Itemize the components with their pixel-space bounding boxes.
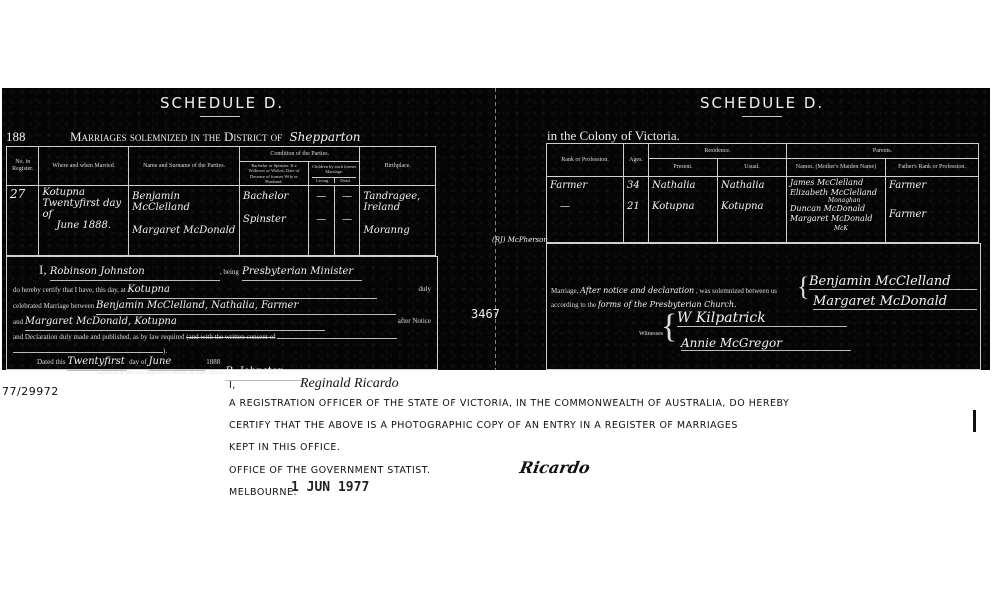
bride-condition: Spinster <box>243 214 305 225</box>
witness-2-signature: Annie McGregor <box>681 336 851 351</box>
after-notice-text: after Notice <box>398 313 431 330</box>
children-label: Children by each former Marriage. <box>312 164 357 174</box>
signature-label: Signature of Minister, Registrar-General… <box>97 370 224 376</box>
declaration-text: and Declaration duly made and published,… <box>13 333 184 341</box>
rank-cell: Farmer — <box>547 177 624 243</box>
marriage-date-line2: June 1888. <box>42 220 125 231</box>
col-dead: Dead. <box>335 178 357 183</box>
living-cell: — — <box>308 186 334 256</box>
groom-usual-residence: Nathalia <box>721 180 783 191</box>
col-birthplace: Birthplace. <box>360 147 436 186</box>
groom-condition: Bachelor <box>243 191 305 202</box>
col-rank: Rank or Profession. <box>547 144 624 177</box>
ornament-rule-right <box>742 116 782 117</box>
witness-1-signature: W Kilpatrick <box>677 310 847 327</box>
minister-title: Presbyterian Minister <box>242 263 362 281</box>
dated-label: Dated this <box>37 358 66 366</box>
table-row: Farmer — 34 21 Nathalia Kotupna Nathalia… <box>547 177 979 243</box>
cert-line-1: A REGISTRATION OFFICER OF THE STATE OF V… <box>229 398 789 409</box>
col-usual: Usual. <box>718 159 787 177</box>
minister-line: I, Robinson Johnston, being Presbyterian… <box>39 261 362 281</box>
gutter-annotation: (RJ) McPherson <box>492 236 548 244</box>
col-father-rank: Father's Rank or Profession. <box>886 159 979 177</box>
bride-usual-residence: Kotupna <box>721 201 783 212</box>
reference-number: 77/29972 <box>2 385 59 398</box>
ages-cell: 34 21 <box>624 177 649 243</box>
col-present: Present. <box>649 159 718 177</box>
struck-consent-text: (and with the written consent of <box>186 333 275 341</box>
colony-heading: in the Colony of Victoria. <box>547 128 680 144</box>
page-fold <box>495 88 496 370</box>
register-number: 27 <box>7 186 39 256</box>
groom-age: 34 <box>627 180 645 191</box>
certify-text: do hereby certify that I have, this day,… <box>13 286 126 294</box>
bride-children-dead: — <box>338 214 357 225</box>
col-where-when: Where and when Married. <box>39 147 129 186</box>
present-residence-cell: Nathalia Kotupna <box>649 177 718 243</box>
condition-cell: Bachelor Spinster <box>240 186 309 256</box>
marriage-date-line1: Twentyfirst day of <box>42 198 125 220</box>
marriage-label: Marriage, <box>551 287 578 295</box>
gutter-number: 3467 <box>471 307 500 321</box>
minister-name: Robinson Johnston <box>50 263 220 281</box>
and-label: and <box>13 318 23 326</box>
register-photocopy: SCHEDULE D. 188 Marriages solemnized in … <box>2 88 990 370</box>
date-stamp: 1 JUN 1977 <box>291 480 369 495</box>
bride-father: Duncan McDonald <box>790 204 882 214</box>
brace: { <box>797 274 809 300</box>
usual-residence-cell: Nathalia Kotupna <box>718 177 787 243</box>
bride-age: 21 <box>627 201 645 212</box>
birthplace-cell: Tandragee, Ireland Moranng <box>360 186 436 256</box>
table-row: 27 Kotupna Twentyfirst day of June 1888.… <box>7 186 436 256</box>
left-register-table: No. in Register. Where and when Married.… <box>6 146 436 256</box>
col-bachelor-spinster: Bachelor or Spinster. If a Widower or Wi… <box>240 162 309 186</box>
col-parent-names: Names. (Mother's Maiden Name) <box>787 159 886 177</box>
minister-certificate: I, Robinson Johnston, being Presbyterian… <box>6 256 438 370</box>
ornament-rule <box>200 116 240 117</box>
col-residence: Residence. <box>649 144 787 159</box>
city: MELBOURNE. <box>229 487 297 498</box>
duly-text: duly <box>419 281 431 298</box>
dead-cell: — — <box>334 186 360 256</box>
bride-children-living: — <box>312 214 331 225</box>
marriage-place: Kotupna <box>42 187 125 198</box>
groom-signature: Benjamin McClelland <box>809 274 977 290</box>
office-name: OFFICE OF THE GOVERNMENT STATIST. <box>229 465 431 476</box>
solemnized-text: , was solemnized between us <box>696 287 777 295</box>
being-label: , being <box>220 268 239 276</box>
parent-names-cell: James McClelland Elizabeth McClelland Mo… <box>787 177 886 243</box>
year-prefix: 188 <box>6 129 26 145</box>
registrar-signature: Ricardo <box>518 458 591 477</box>
left-schedule-title: SCHEDULE D. <box>160 94 284 112</box>
groom-children-dead: — <box>338 191 357 202</box>
officer-name: Reginald Ricardo <box>300 376 399 392</box>
minister-signature: R. Johnston <box>225 363 305 381</box>
notice-text: After notice and declaration <box>580 286 694 295</box>
col-children: Children by each former Marriage. Living… <box>308 162 360 186</box>
bride-mother: Margaret McDonald <box>790 214 882 224</box>
groom-present-residence: Nathalia <box>652 180 714 191</box>
witnesses-label: Witnesses <box>639 326 663 343</box>
groom-rank: Farmer <box>550 180 620 191</box>
bride-rank: — <box>550 201 620 212</box>
according-text: according to the <box>551 301 596 309</box>
where-when-cell: Kotupna Twentyfirst day of June 1888. <box>39 186 129 256</box>
col-ages: Ages. <box>624 144 649 177</box>
groom-children-living: — <box>312 191 331 202</box>
right-register-table: Rank or Profession. Ages. Residence. Par… <box>546 143 979 243</box>
right-schedule-title: SCHEDULE D. <box>700 94 824 112</box>
groom-father-rank: Farmer <box>889 180 975 191</box>
celebrated-text: celebrated Marriage between <box>13 302 94 310</box>
col-register-number: No. in Register. <box>7 147 39 186</box>
bride-mother-maiden: McK <box>790 224 882 234</box>
bride-father-rank: Farmer <box>889 209 975 220</box>
cert-line-3: KEPT IN THIS OFFICE. <box>229 442 340 453</box>
col-names: Name and Surname of the Parties. <box>129 147 240 186</box>
names-cell: Benjamin McClelland Margaret McDonald <box>129 186 240 256</box>
cert-i-label: I, <box>229 380 236 391</box>
edge-mark <box>973 410 976 432</box>
groom-birthplace: Tandragee, Ireland <box>363 191 432 213</box>
groom-father: James McClelland <box>790 178 882 188</box>
cert-line-2: CERTIFY THAT THE ABOVE IS A PHOTOGRAPHIC… <box>229 420 738 431</box>
i-label: I, <box>39 262 47 277</box>
groom-name: Benjamin McClelland <box>132 191 236 213</box>
signature-line: Signature of Minister, Registrar-General… <box>97 363 305 382</box>
bride-present-residence: Kotupna <box>652 201 714 212</box>
district-heading-text: Marriages solemnized in the District of <box>70 129 282 144</box>
col-living: Living. <box>312 178 335 183</box>
col-parents: Parents. <box>787 144 979 159</box>
left-heading: Marriages solemnized in the District of … <box>70 129 361 145</box>
col-condition: Condition of the Parties. <box>240 147 360 162</box>
witness-brace: { <box>661 310 677 344</box>
solemnization-section: Marriage, After notice and declaration ,… <box>546 243 981 370</box>
consent-blank <box>277 338 397 339</box>
bride-signature: Margaret McDonald <box>813 294 977 310</box>
bride-birthplace: Moranng <box>363 225 432 236</box>
district-name: Shepparton <box>289 130 360 144</box>
bride-name: Margaret McDonald <box>132 225 236 236</box>
father-rank-cell: Farmer Farmer <box>886 177 979 243</box>
